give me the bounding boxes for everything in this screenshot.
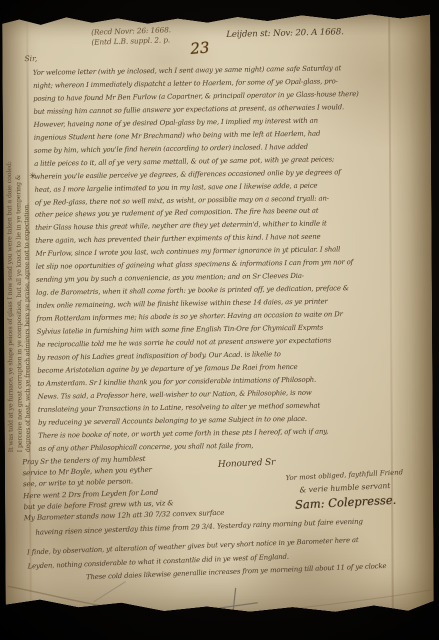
honorific: Honoured Sr (218, 458, 276, 470)
postscript-block: I finde, by observation, yt alteration o… (27, 531, 428, 586)
valediction-block: Yor most obliged, faythfull Friend & ver… (262, 466, 428, 515)
manuscript-page: (Recd Novr: 26: 1668. (Entd L.B. suppl. … (2, 12, 434, 621)
closing-left-block: Pray Sr the tenders of my humblest servi… (22, 451, 224, 524)
archival-endorsement: (Recd Novr: 26: 1668. (Entd L.B. suppl. … (91, 25, 171, 47)
margin-note-line: degrees of heat, wch ye french admirers … (23, 144, 33, 452)
left-margin-note: It was told at ye furnace, ye shape peic… (6, 144, 34, 452)
folio-number: 23 (190, 38, 210, 57)
salutation: Sir, (24, 54, 37, 63)
letter-body: Yor welcome letter (with ye inclosed, wc… (33, 61, 427, 455)
endorsement-entered-note: (Entd L.B. suppl. 2. p. (91, 35, 171, 47)
dateline: Leijden st: Nov: 20. A 1668. (226, 27, 344, 40)
pencil-stray-mark (94, 582, 126, 602)
